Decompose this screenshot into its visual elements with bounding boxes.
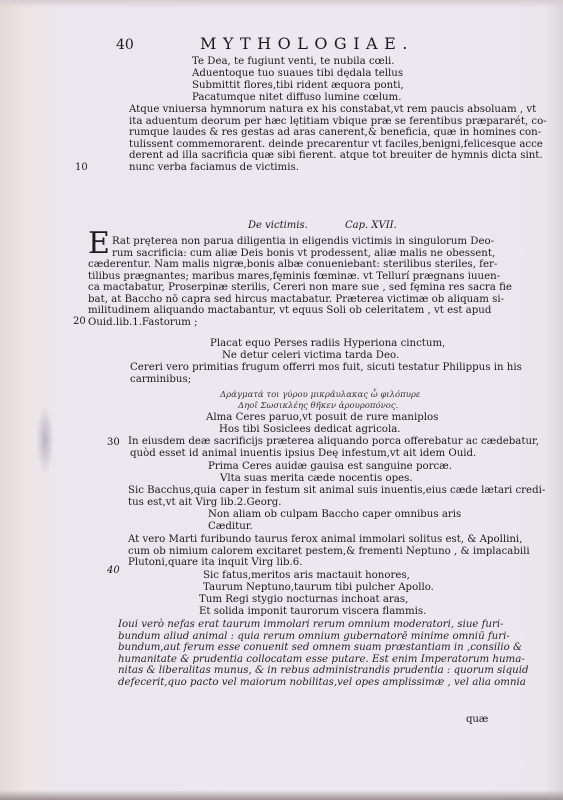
verse-line: Taurum Neptuno,taurum tibi pulcher Apoll… bbox=[203, 582, 434, 594]
text-line: bundum aliud animal : quia rerum omnium … bbox=[118, 631, 462, 643]
text-line: In eiusdem deæ sacrificijs præterea aliq… bbox=[128, 436, 488, 448]
verse-line: Non aliam ob culpam Baccho caper omnibus… bbox=[208, 509, 461, 521]
paragraph-porca: In eiusdem deæ sacrificijs præterea aliq… bbox=[128, 436, 488, 459]
page-shadow bbox=[36, 405, 54, 475]
verse-line: Te Dea, te fugiunt venti, te nubila cœli… bbox=[192, 56, 395, 68]
text-line: Plutoni,quare ita inquit Virg lib.6. bbox=[128, 557, 476, 569]
paragraph-jupiter: Ioui verò nefas erat taurum immolari rer… bbox=[118, 619, 462, 689]
text-line: tus est,vt ait Virg lib.2.Georg. bbox=[128, 497, 484, 509]
verse-line: Placat equo Perses radiis Hyperiona cinc… bbox=[210, 338, 445, 350]
text-line: Ioui verò nefas erat taurum immolari rer… bbox=[118, 619, 462, 631]
greek-verse-line: Δράγματά τοι γύρου μικρᾶυλακας ὦ φιλόπυρ… bbox=[220, 390, 420, 400]
greek-verse-line: Δηοῖ Σωσικλέης θῆκεν ἀρουροπόνος. bbox=[238, 401, 398, 411]
verse-line: Cæditur. bbox=[208, 521, 253, 533]
text-line: At vero Marti furibundo taurus ferox ani… bbox=[128, 534, 476, 546]
text-line: nunc verba faciamus de victimis. bbox=[129, 162, 475, 174]
paragraph-victims-intro: cæderentur. Nam malis nigræ,bonis albæ c… bbox=[88, 259, 488, 329]
text-line: quòd esset id animal inuentis ipsius Deę… bbox=[128, 448, 488, 460]
book-page: 40 MYTHOLOGIAE. Te Dea, te fugiunt venti… bbox=[0, 0, 563, 800]
verse-line: Pacatumque nitet diffuso lumine cœlum. bbox=[192, 92, 401, 104]
verse-line: Submittit flores,tibi rident æquora pont… bbox=[192, 80, 404, 92]
text-line: cæderentur. Nam malis nigræ,bonis albæ c… bbox=[88, 259, 488, 271]
text-line: tilibus prægnantes; maribus mares,fęmini… bbox=[88, 271, 488, 283]
text-line: bundum,aut ferum esse conuenit sed omnem… bbox=[118, 642, 462, 654]
verse-line: Alma Ceres paruo,vt posuit de rure manip… bbox=[206, 412, 438, 424]
verse-line: Ne detur celeri victima tarda Deo. bbox=[222, 350, 399, 362]
text-line: ca mactabatur, Proserpinæ sterilis, Cere… bbox=[88, 282, 488, 294]
text-line: derent ad illa sacrificia quæ sibi fiere… bbox=[129, 150, 475, 162]
chapter-title: De victimis. bbox=[248, 220, 308, 231]
verse-line: Tum Regi stygio nocturnas inchoat aras, bbox=[199, 594, 408, 606]
text-line: carminibus; bbox=[130, 374, 488, 386]
text-line: Ouid.lib.1.Fastorum ; bbox=[88, 317, 488, 329]
line-number: 10 bbox=[75, 162, 88, 173]
drop-cap: E bbox=[88, 229, 110, 259]
page-number: 40 bbox=[116, 37, 134, 53]
chapter-number: Cap. XVII. bbox=[345, 220, 397, 231]
line-number: 40 bbox=[107, 565, 120, 576]
line-number: 30 bbox=[107, 437, 120, 448]
verse-line: Prima Ceres auidæ gauisa est sanguine po… bbox=[208, 461, 452, 473]
text-line: tulissent commemorarent. deinde precaren… bbox=[129, 139, 475, 151]
text-line: Rat pręterea non parua diligentia in eli… bbox=[112, 236, 488, 248]
text-line: defecerit,quo pacto vel maiorum nobilita… bbox=[118, 677, 462, 689]
text-line: rum sacrificia: cum aliæ Deis bonis vt p… bbox=[112, 248, 488, 260]
verse-line: Aduentoque tuo suaues tibi dędala tellus bbox=[192, 68, 403, 80]
paragraph-mars: At vero Marti furibundo taurus ferox ani… bbox=[128, 534, 476, 569]
verse-line: Vlta suas merita cæde nocentis opes. bbox=[220, 473, 413, 485]
text-line: cum ob nimium calorem excitaret pestem,&… bbox=[128, 546, 476, 558]
text-line: ita aduentum deorum per hæc lętitiam vbi… bbox=[129, 116, 475, 128]
text-line: militudinem aliquando mactabantur, vt eq… bbox=[88, 305, 488, 317]
text-line: humanitate & prudentia collocatam esse p… bbox=[118, 654, 462, 666]
paragraph-bacchus: Sic Bacchus,quia caper in festum sit ani… bbox=[128, 485, 484, 508]
verse-line: Sic fatus,meritos aris mactauit honores, bbox=[203, 570, 410, 582]
text-line: rumque laudes & res gestas ad aras caner… bbox=[129, 127, 475, 139]
text-line: Sic Bacchus,quia caper in festum sit ani… bbox=[128, 485, 484, 497]
catchword: quæ bbox=[466, 714, 488, 726]
line-number: 20 bbox=[73, 316, 86, 327]
verse-line: Et solida imponit taurorum viscera flamm… bbox=[199, 606, 426, 618]
running-title: MYTHOLOGIAE. bbox=[200, 34, 414, 53]
text-line: Atque vniuersa hymnorum natura ex his co… bbox=[129, 104, 475, 116]
text-line: nitas & liberalitas munus, & in rebus ad… bbox=[118, 665, 462, 677]
text-line: Cereri vero primitias frugum offerri mos… bbox=[130, 362, 488, 374]
paragraph-victims-intro-top: Rat pręterea non parua diligentia in eli… bbox=[112, 236, 488, 259]
verse-line: Hos tibi Sosiclees dedicat agricola. bbox=[219, 424, 401, 436]
text-line: bat, at Baccho nō capra sed hircus macta… bbox=[88, 294, 488, 306]
paragraph-ceres: Cereri vero primitias frugum offerri mos… bbox=[130, 362, 488, 385]
paragraph-hymns: Atque vniuersa hymnorum natura ex his co… bbox=[129, 104, 475, 174]
